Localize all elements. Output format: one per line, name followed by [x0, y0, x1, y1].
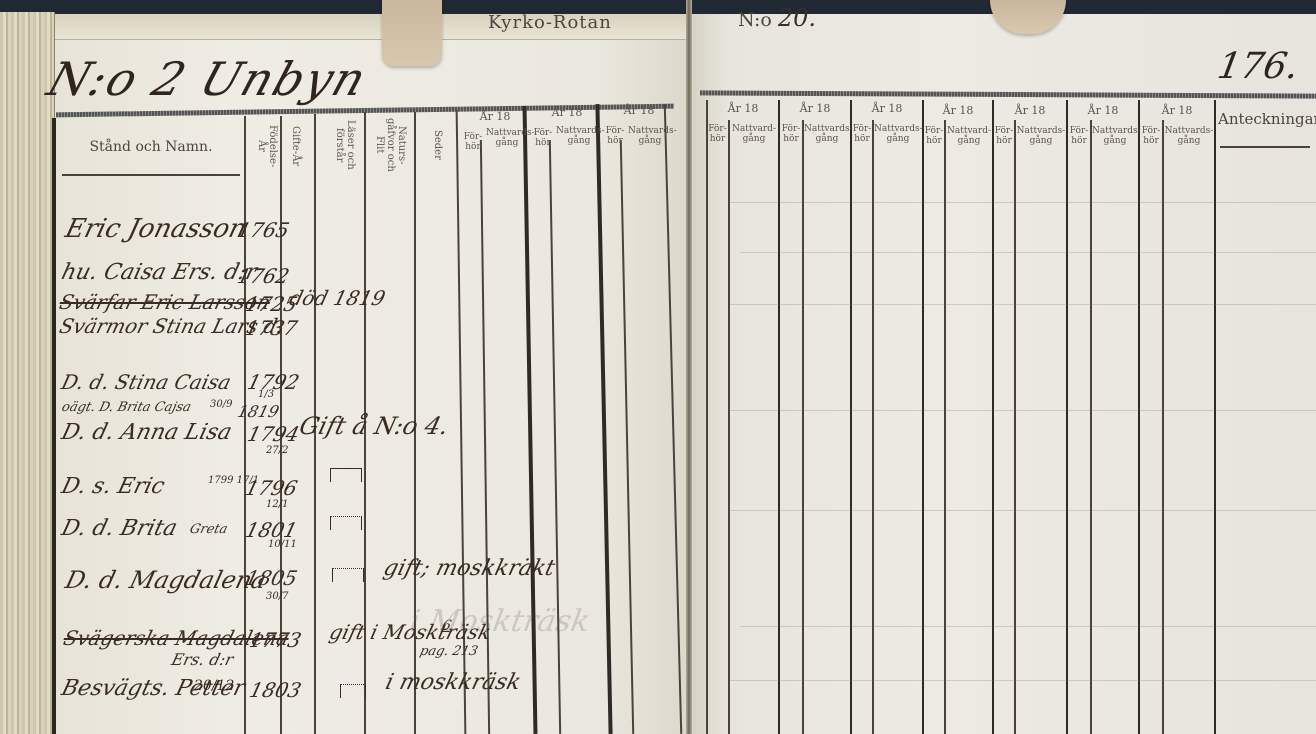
header-reading: Läser och förstår: [334, 118, 356, 172]
entry-sub: Ers. d:r: [170, 650, 236, 669]
header-notes: Anteckningar.: [1218, 114, 1314, 124]
guide-line: [730, 680, 1316, 681]
entry-birth: 1762: [235, 264, 292, 288]
header-year: År 18: [1068, 106, 1138, 116]
col-divider: [944, 120, 946, 734]
header-exam: För-hör: [462, 132, 484, 152]
entry-birth: 1819: [236, 402, 281, 421]
entry-name: oägt. D. Brita Cajsa: [60, 400, 193, 415]
col-divider: [872, 120, 874, 734]
header-communion: Nattvards-gång: [556, 126, 602, 146]
header-exam: För-hör: [780, 124, 802, 144]
reading-mark: [332, 568, 364, 582]
reading-mark: [340, 684, 366, 698]
entry-date: 30/9: [210, 400, 232, 410]
header-communion: Nattvards-gång: [804, 124, 850, 144]
entry-aside: Greta: [188, 522, 229, 537]
col-divider: [1014, 120, 1016, 734]
header-communion: Nattvards-gång: [874, 124, 922, 144]
header-year: År 18: [534, 108, 600, 118]
guide-line: [740, 626, 1316, 627]
book-gutter: [686, 0, 692, 734]
entry-name: hu. Caisa Ers. d:r: [59, 260, 260, 285]
entry-name: D. d. Anna Lisa: [59, 420, 235, 445]
header-exam: För-hör: [707, 124, 728, 144]
entry-name: Eric Jonasson: [62, 214, 249, 244]
reading-mark: [330, 516, 362, 530]
entry-note: gift; moskkräkt: [381, 556, 558, 581]
entry-birth: 1737: [243, 316, 300, 340]
entry-birth: 1803: [247, 678, 304, 702]
header-exam: För-hör: [1140, 126, 1162, 146]
household-number: N:o 20.: [738, 4, 816, 32]
col-divider: [778, 100, 780, 734]
household-title: N:o 2 Unbyn: [41, 52, 374, 106]
entry-date: 20/12: [194, 678, 234, 694]
entry-name: D. d. Brita: [59, 516, 180, 541]
entry-date: 30/7: [266, 592, 288, 602]
header-year: År 18: [464, 112, 526, 122]
header-year: År 18: [852, 104, 922, 114]
col-divider: [992, 100, 994, 734]
header-year: År 18: [994, 106, 1066, 116]
entry-date: 12/1: [266, 500, 288, 510]
book-fore-edge: [0, 12, 55, 734]
scan-background: [0, 0, 1316, 14]
header-year: År 18: [924, 106, 992, 116]
header-exam: För-hör: [852, 124, 872, 144]
header-year: År 18: [780, 104, 850, 114]
register-scan: Kyrko-Rotan N:o 2 Unbyn N:o 20. 176. Stå…: [0, 0, 1316, 734]
entry-name: D. d. Stina Caisa: [59, 370, 234, 394]
guide-line: [730, 202, 1316, 203]
entry-birth: 1773: [247, 628, 304, 652]
entry-note: död 1819: [287, 286, 388, 310]
header-exam: För-hör: [532, 128, 554, 148]
page-number: 176.: [1214, 46, 1301, 87]
header-exam: För-hör: [604, 126, 626, 146]
name-header-underline: [62, 174, 240, 176]
header-exam: För-hör: [924, 126, 944, 146]
header-exam: För-hör: [1068, 126, 1090, 146]
entry-note: Gift å N:o 4.: [297, 412, 452, 440]
header-communion: Nattvard-gång: [730, 124, 778, 144]
reading-mark: [330, 468, 362, 482]
col-divider: [1066, 100, 1068, 734]
col-divider: [1138, 100, 1140, 734]
header-name: Stånd och Namn.: [62, 142, 240, 152]
household-number-value: 20.: [778, 4, 816, 32]
header-communion: Nattvards-gång: [1016, 126, 1066, 146]
entry-note: i moskkräsk: [383, 670, 524, 695]
header-communion: Nattvard-gång: [946, 126, 992, 146]
household-number-label: N:o: [738, 9, 772, 31]
entry-birth: 1805: [243, 566, 300, 590]
header-year: År 18: [606, 106, 672, 116]
entry-name: D. d. Magdalena: [63, 566, 270, 594]
left-table-border: [52, 118, 56, 734]
entry-birth: 1796: [243, 476, 300, 500]
entry-page-ref: pag. 213: [418, 644, 479, 659]
entry-date: 27/2: [266, 446, 288, 456]
header-birth-year: Födelse-År: [256, 120, 278, 172]
header-natural-gifts: Naturs-gåfvor och Flit: [374, 118, 407, 172]
guide-line: [740, 252, 1316, 253]
col-divider: [850, 100, 852, 734]
col-divider: [728, 120, 730, 734]
guide-line: [730, 304, 1316, 305]
header-year: År 18: [1140, 106, 1214, 116]
guide-line: [730, 410, 1316, 411]
header-exam: För-hör: [994, 126, 1014, 146]
col-divider: [802, 120, 804, 734]
running-head: Kyrko-Rotan: [488, 12, 612, 33]
header-year: År 18: [708, 104, 778, 114]
col-divider: [706, 100, 708, 734]
entry-birth: 1765: [235, 218, 292, 242]
col-divider: [1214, 100, 1216, 734]
entry-date: 1/3: [258, 390, 274, 400]
entry-name: Svärfar Eric Larsson: [57, 290, 273, 314]
header-communion: Nattvards-gång: [1164, 126, 1214, 146]
entry-name: D. s. Eric: [59, 474, 167, 499]
index-tab-left: [382, 0, 442, 66]
col-divider: [922, 100, 924, 734]
header-marriage-year: Gifte-År: [290, 120, 301, 172]
entry-date: 10/11: [268, 540, 297, 550]
notes-header-underline: [1220, 146, 1310, 148]
col-divider: [1162, 120, 1164, 734]
header-communion: Nattvards-gång: [1092, 126, 1138, 146]
entry-note: gift i Moskträsk: [327, 620, 494, 644]
col-divider: [1090, 120, 1092, 734]
header-communion: Nattvards-gång: [486, 128, 528, 148]
header-communion: Nattvards-gång: [628, 126, 672, 146]
header-conduct: Seder: [432, 118, 443, 172]
entry-birth: 1794: [245, 422, 302, 446]
guide-line: [730, 510, 1316, 511]
